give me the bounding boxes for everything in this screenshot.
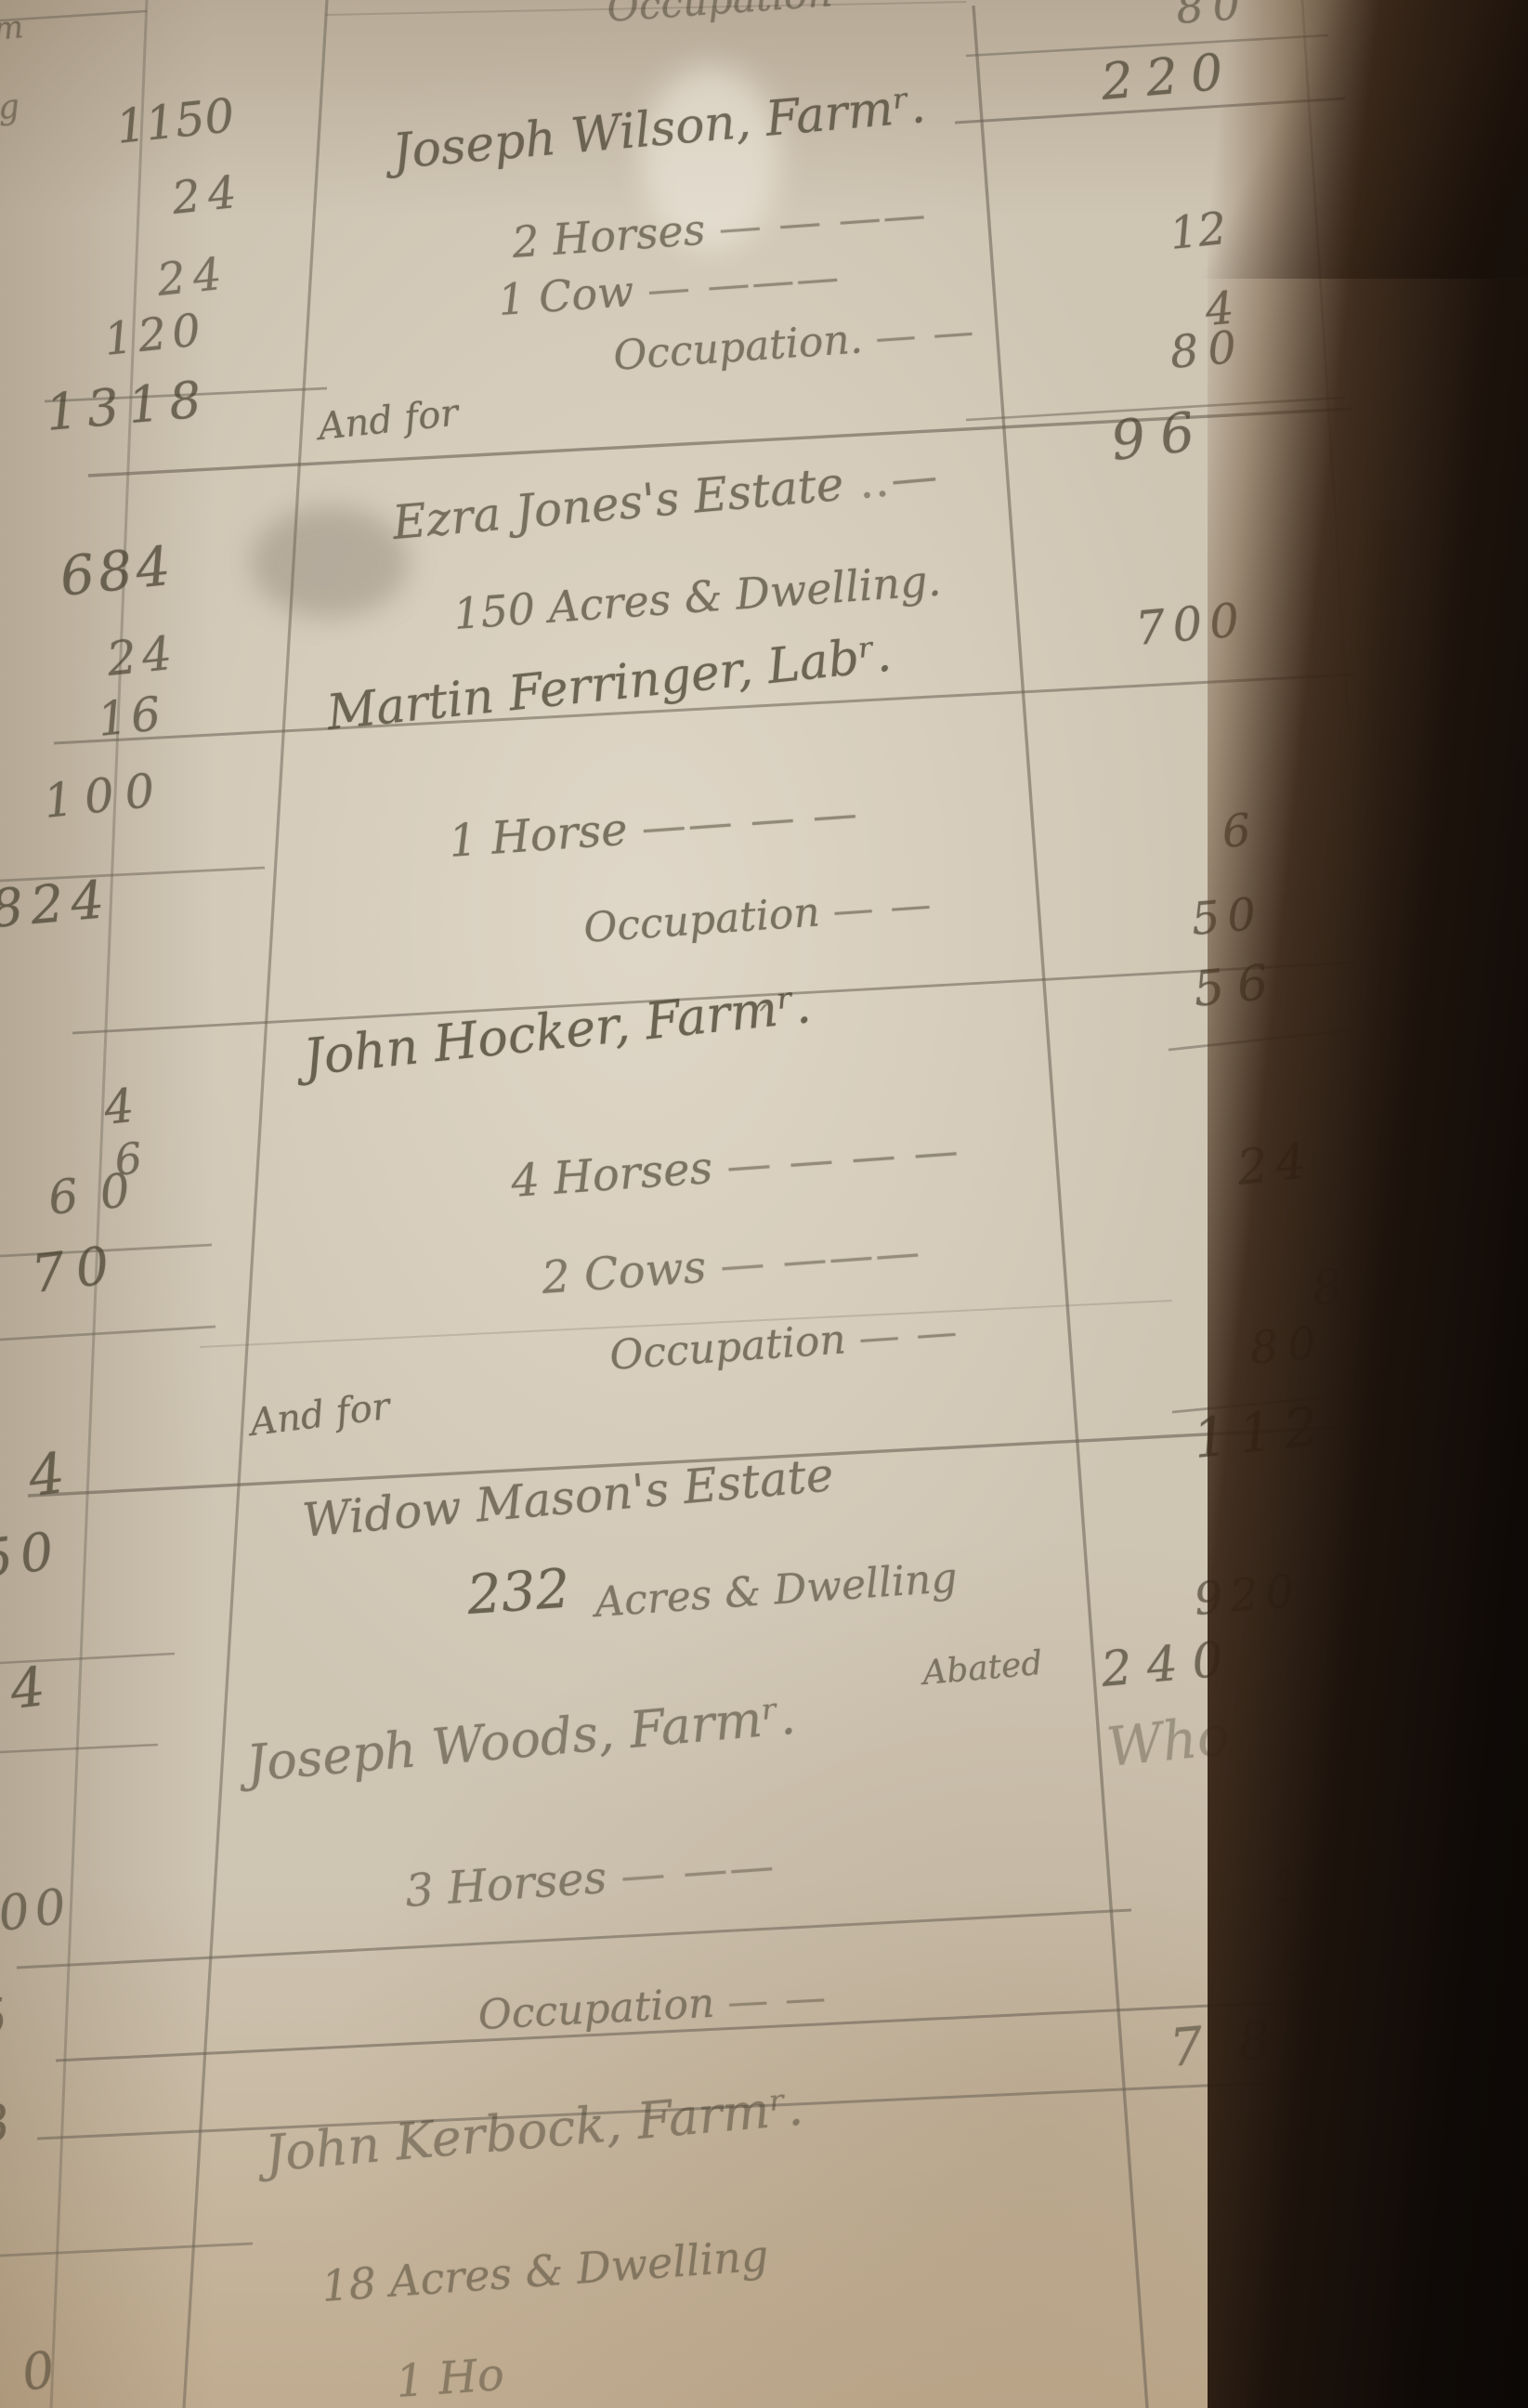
caret-mark: ˊ bbox=[751, 1003, 769, 1037]
margin-fragment: lling bbox=[0, 90, 20, 130]
margin-value: 684 bbox=[58, 538, 176, 604]
margin-value: 0 bbox=[19, 2345, 58, 2399]
corner-shadow bbox=[1152, 0, 1528, 279]
dash-leader: — — bbox=[726, 1973, 829, 2026]
margin-fragment: arm bbox=[0, 11, 25, 48]
margin-value: 4 bbox=[102, 1082, 137, 1132]
total-value: 96 bbox=[1108, 403, 1212, 468]
table-rule-vertical-desc-left bbox=[184, 0, 327, 2408]
table-rule bbox=[0, 2244, 253, 2256]
margin-value: 24 bbox=[155, 251, 231, 303]
quantity-value: 232 bbox=[465, 1561, 571, 1622]
dash-leader: ‥— bbox=[855, 449, 941, 509]
book-binding-shadow bbox=[1208, 0, 1528, 2408]
margin-value: 1150 bbox=[114, 92, 237, 150]
margin-value: 4 bbox=[26, 1446, 68, 1505]
margin-total: 1318 bbox=[44, 374, 212, 438]
table-rule-vertical-amount bbox=[973, 6, 1147, 2408]
margin-value: 120 bbox=[102, 308, 208, 362]
dash-leader: — —— bbox=[619, 1839, 777, 1903]
margin-value: 100 bbox=[42, 766, 168, 825]
margin-total: 824 bbox=[0, 874, 113, 936]
dash-leader: — — bbox=[874, 308, 977, 361]
dash-leader: — — bbox=[857, 1308, 960, 1362]
margin-value: 60 bbox=[46, 1165, 154, 1222]
margin-value: 00 bbox=[0, 1882, 74, 1939]
margin-value: 16 bbox=[96, 690, 166, 743]
margin-total: 4 bbox=[7, 1659, 48, 1717]
dash-leader: — — bbox=[831, 881, 934, 935]
table-rule bbox=[0, 1327, 215, 1340]
margin-total: 70 bbox=[29, 1239, 123, 1302]
item-label: 1 Cow bbox=[497, 266, 636, 325]
table-rule bbox=[0, 1745, 158, 1752]
item-label-partial: 1 Ho bbox=[395, 2352, 506, 2404]
margin-value: 50 bbox=[0, 1525, 64, 1587]
table-rule bbox=[17, 1910, 1131, 1968]
ledger-photo: arm lling 1150 24 24 120 1318 684 24 16 … bbox=[0, 0, 1528, 2408]
margin-value: 24 bbox=[105, 629, 179, 683]
margin-value: 24 bbox=[170, 169, 246, 221]
